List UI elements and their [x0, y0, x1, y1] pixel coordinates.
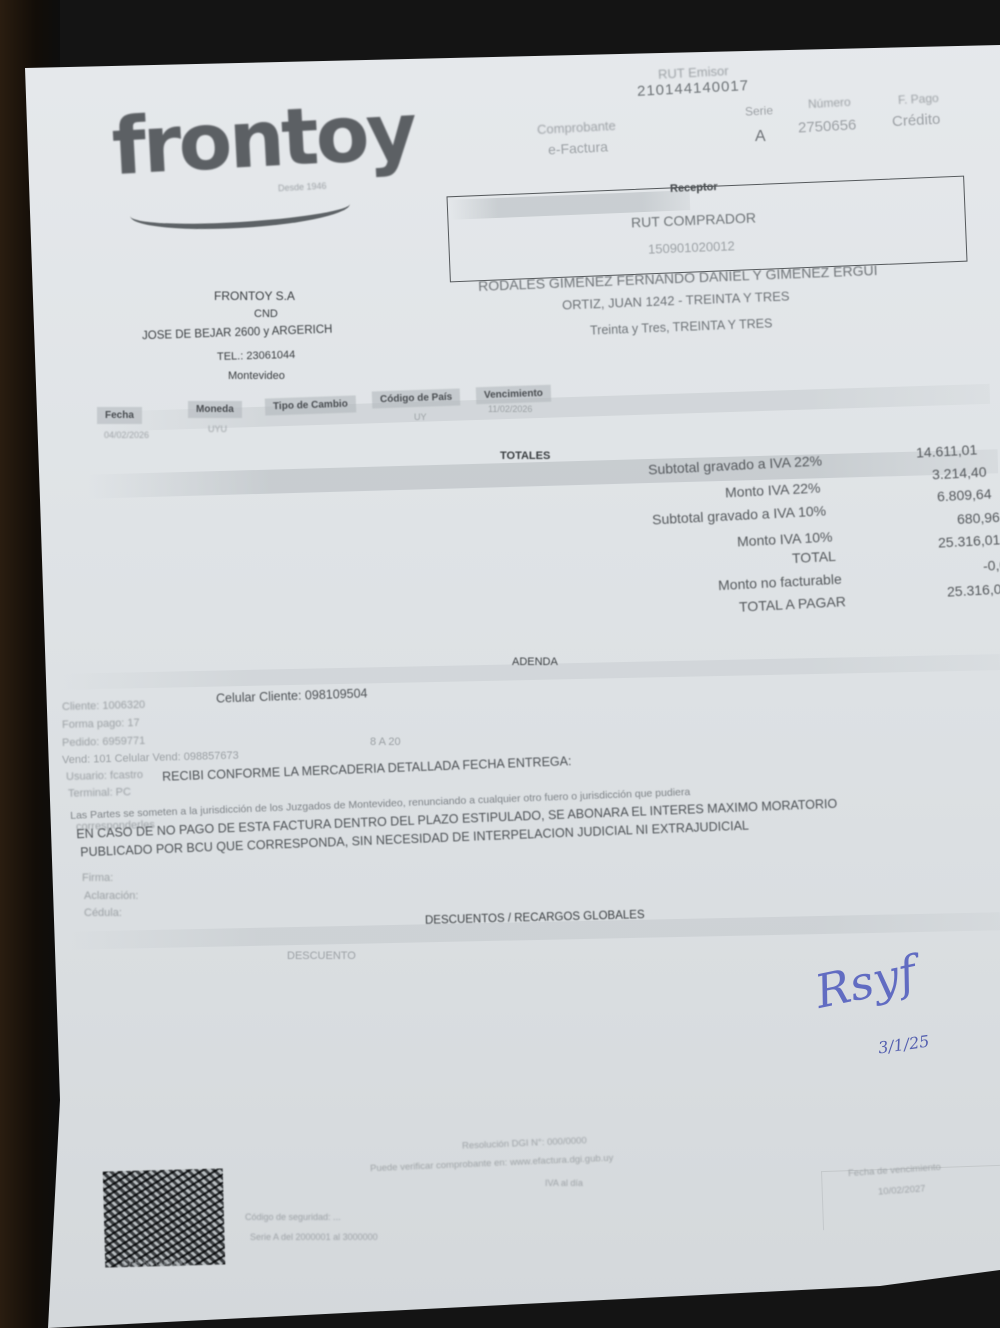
adenda-code-right: 8 A 20: [370, 736, 401, 748]
totales-value-1: 3.214,40: [932, 464, 987, 483]
value-codigo-pais: UY: [414, 412, 427, 422]
header-tipo-cambio: Tipo de Cambio: [265, 395, 356, 415]
footer-verifique: Puede verificar comprobante en: www.efac…: [370, 1153, 614, 1175]
adenda-terminal: Terminal: PC: [68, 786, 131, 800]
adenda-pedido: Pedido: 6959771: [62, 735, 145, 749]
comprobante-value: e-Factura: [548, 138, 609, 157]
footer-cae-range: Serie A del 2000001 al 3000000: [250, 1232, 378, 1242]
footer-cae-extra: CAE N° 000000: [122, 1258, 186, 1268]
emisor-phone: TEL.: 23061044: [217, 349, 296, 363]
adenda-vendedor: Vend: 101 Celular Vend: 098857673: [62, 750, 239, 767]
footer-resolucion: Resolución DGI N°: 000/0000: [462, 1135, 587, 1151]
totales-label-6: TOTAL A PAGAR: [739, 593, 847, 615]
invoice-paper: frontoy Desde 1946 RUT Emisor 2101441400…: [0, 0, 1000, 1328]
totales-value-2: 6.809,64: [937, 486, 992, 505]
totales-value-4: 25.316,01: [938, 531, 1000, 550]
pago-label: F. Pago: [898, 91, 939, 107]
totales-value-6: 25.316,00: [947, 580, 1000, 599]
header-codigo-pais: Código de País: [372, 388, 461, 408]
qr-code: [103, 1168, 225, 1267]
header-moneda: Moneda: [188, 401, 242, 418]
totales-label-3: Monto IVA 10%: [736, 529, 832, 550]
adenda-title: ADENDA: [512, 656, 558, 668]
adenda-aclaracion: Aclaración:: [84, 890, 138, 902]
adenda-celular-cliente: Celular Cliente: 098109504: [216, 686, 368, 705]
emisor-name: FRONTOY S.A: [214, 289, 295, 303]
rut-emisor: 210144140017: [637, 77, 750, 100]
emisor-branch: CND: [254, 308, 278, 320]
totales-label-4: TOTAL: [792, 548, 837, 566]
header-vencimiento: Vencimiento: [476, 385, 551, 405]
comprobante-label: Comprobante: [537, 118, 616, 137]
numero-value: 2750656: [798, 116, 857, 136]
value-moneda: UYU: [208, 424, 227, 434]
totales-value-3: 680,96: [957, 509, 1000, 527]
totales-value-5: -0,01: [983, 556, 1000, 574]
adenda-cliente: Cliente: 1006320: [62, 699, 145, 713]
adenda-cedula: Cédula:: [84, 907, 122, 919]
handwritten-date: 3/1/25: [877, 1032, 931, 1058]
pago-value: Crédito: [892, 111, 941, 131]
handwritten-signature: Rsyf: [810, 945, 920, 1019]
value-fecha: 04/02/2026: [104, 430, 149, 440]
serie-label: Serie: [745, 103, 774, 118]
totales-label-5: Monto no facturable: [718, 571, 842, 593]
totales-value-0: 14.611,01: [916, 441, 978, 460]
frontoy-logo: frontoy: [110, 87, 417, 193]
adenda-forma-pago: Forma pago: 17: [62, 717, 140, 731]
receptor-address: ORTIZ, JUAN 1242 - TREINTA Y TRES: [562, 288, 790, 312]
adenda-usuario: Usuario: fcastro: [66, 769, 143, 783]
serie-value: A: [755, 128, 766, 146]
totales-title: TOTALES: [500, 450, 550, 462]
totales-label-1: Monto IVA 22%: [724, 480, 820, 501]
receptor-box: [446, 176, 967, 283]
emisor-address: JOSE DE BEJAR 2600 y ARGERICH: [142, 324, 333, 343]
footer-iva: IVA al día: [545, 1178, 583, 1188]
adenda-firma: Firma:: [82, 872, 113, 884]
header-fecha: Fecha: [97, 407, 142, 424]
logo-swoosh: [129, 184, 351, 235]
footer-cae-label: Código de seguridad: ...: [245, 1212, 341, 1222]
receptor-city: Treinta y Tres, TREINTA Y TRES: [590, 316, 773, 337]
value-vencimiento: 11/02/2026: [488, 404, 532, 414]
totales-label-2: Subtotal gravado a IVA 10%: [652, 502, 827, 527]
numero-label: Número: [808, 95, 851, 111]
descuento-item: DESCUENTO: [287, 950, 356, 962]
emisor-city: Montevideo: [228, 370, 285, 382]
